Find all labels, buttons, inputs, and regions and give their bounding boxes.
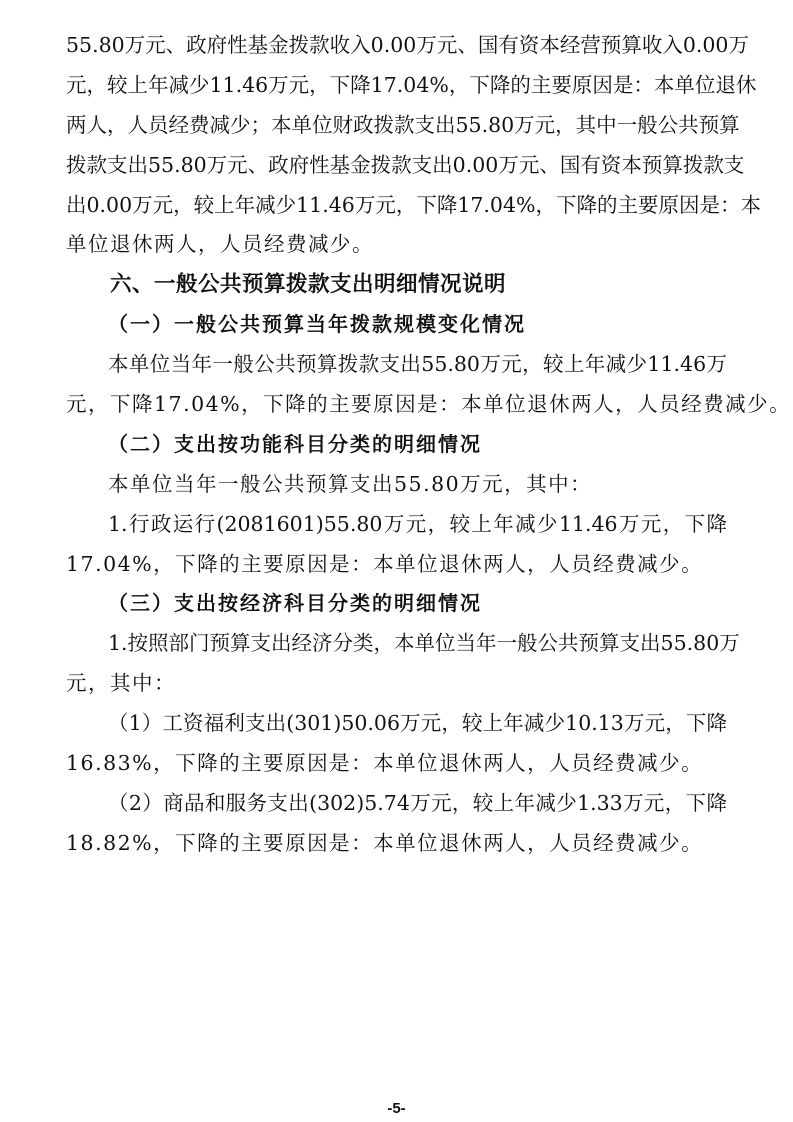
page-number: -5- [0, 1100, 793, 1117]
paragraph-line: 1.行政运行(2081601)55.80万元，较上年减少11.46万元，下降 [66, 505, 727, 545]
subsection-heading: （一）一般公共预算当年拨款规模变化情况 [66, 305, 727, 345]
paragraph-line: （1）工资福利支出(301)50.06万元，较上年减少10.13万元，下降 [66, 704, 727, 744]
continuation-paragraph: 55.80万元、政府性基金拨款收入0.00万元、国有资本经营预算收入0.00万 … [66, 26, 727, 265]
paragraph-line: （2）商品和服务支出(302)5.74万元，较上年减少1.33万元，下降 [66, 784, 727, 824]
subsection-heading: （二）支出按功能科目分类的明细情况 [66, 425, 727, 465]
paragraph-line: 17.04%，下降的主要原因是：本单位退休两人，人员经费减少。 [66, 545, 727, 585]
paragraph-line: 本单位当年一般公共预算支出55.80万元，其中： [66, 465, 727, 505]
subsection-heading: （三）支出按经济科目分类的明细情况 [66, 584, 727, 624]
paragraph-line: 单位退休两人，人员经费减少。 [66, 225, 727, 265]
document-page: 55.80万元、政府性基金拨款收入0.00万元、国有资本经营预算收入0.00万 … [66, 26, 727, 864]
paragraph-line: 元，其中： [66, 664, 727, 704]
paragraph-line: 本单位当年一般公共预算拨款支出55.80万元，较上年减少11.46万 [66, 345, 727, 385]
paragraph-line: 元，较上年减少11.46万元，下降17.04%，下降的主要原因是：本单位退休 [66, 66, 727, 106]
paragraph-line: 18.82%，下降的主要原因是：本单位退休两人，人员经费减少。 [66, 824, 727, 864]
section-heading: 六、一般公共预算拨款支出明细情况说明 [66, 265, 727, 305]
paragraph-line: 拨款支出55.80万元、政府性基金拨款支出0.00万元、国有资本预算拨款支 [66, 146, 727, 186]
paragraph-line: 元，下降17.04%，下降的主要原因是：本单位退休两人，人员经费减少。 [66, 385, 727, 425]
paragraph-line: 55.80万元、政府性基金拨款收入0.00万元、国有资本经营预算收入0.00万 [66, 26, 727, 66]
paragraph-line: 两人，人员经费减少；本单位财政拨款支出55.80万元，其中一般公共预算 [66, 106, 727, 146]
paragraph-line: 1.按照部门预算支出经济分类，本单位当年一般公共预算支出55.80万 [66, 624, 727, 664]
paragraph-line: 16.83%，下降的主要原因是：本单位退休两人，人员经费减少。 [66, 744, 727, 784]
paragraph-line: 出0.00万元，较上年减少11.46万元，下降17.04%，下降的主要原因是：本 [66, 186, 727, 226]
